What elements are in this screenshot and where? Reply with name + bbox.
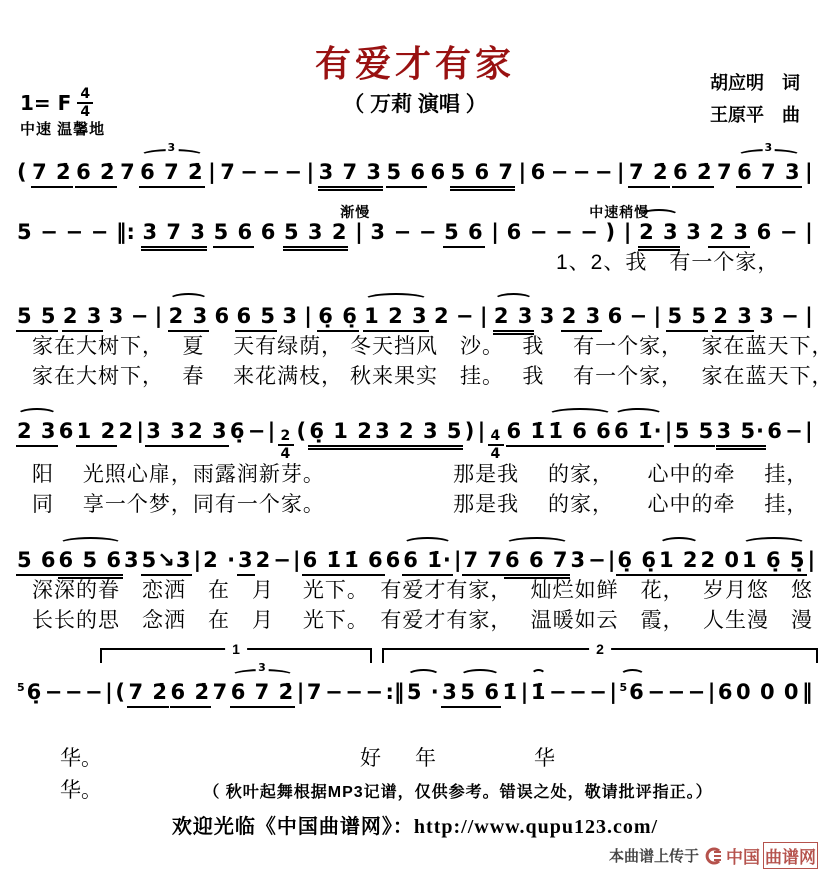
volta-number-2: 2 bbox=[589, 641, 611, 657]
lyrics-row-verse1: 深深的眷 恋洒 在 月 光下。 有爱才有家， 灿烂如鲜 花， 岁月悠 悠 好年 bbox=[16, 576, 814, 606]
triplet-number: 3 bbox=[256, 661, 269, 674]
note-token: 1 2 3 bbox=[363, 304, 428, 332]
note-token: 6 bbox=[756, 220, 774, 244]
time-top: 4 bbox=[77, 86, 93, 104]
lyrics-row-verse1: 阳 光照心扉，雨露润新芽。 那是我 的家， 心中的牵 挂， bbox=[16, 460, 814, 490]
note-token: 7 bbox=[219, 160, 237, 184]
note-token: 1̇ 6 6 bbox=[547, 419, 612, 447]
note-token: 3 bbox=[539, 304, 557, 328]
note-token: 2 3 bbox=[187, 419, 229, 447]
lyricist-credit: 胡应明 词 bbox=[710, 68, 800, 100]
note-token: − bbox=[344, 680, 364, 704]
note-token: 5 6 bbox=[213, 220, 255, 248]
note-token: 6 1̇· bbox=[613, 419, 664, 447]
note-token: 3 5· bbox=[716, 419, 767, 447]
barline: | bbox=[303, 304, 313, 328]
lyrics-row: 1、2、我 有一个家， bbox=[16, 248, 814, 278]
note-token: 3 bbox=[441, 680, 459, 708]
barline: | bbox=[804, 419, 814, 443]
triplet-number: 3 bbox=[763, 141, 776, 154]
note-token: 5 6 bbox=[16, 548, 58, 576]
barline: | bbox=[296, 680, 306, 704]
grace-note: 5 bbox=[620, 681, 629, 694]
barline: | bbox=[477, 419, 487, 443]
song-title: 有爱才有家 bbox=[0, 36, 830, 87]
note-token: 6 2̇ bbox=[75, 160, 117, 188]
performer-subtitle: （ 万莉 演唱 ） bbox=[0, 88, 830, 118]
transcriber-note: （ 秋叶起舞根据MP3记谱，仅供参考。错误之处，敬请批评指正。） bbox=[102, 779, 814, 802]
note-token: 6 bbox=[717, 680, 735, 704]
barline: | bbox=[707, 680, 717, 704]
note-token: 2 3 bbox=[561, 304, 603, 332]
note-token: 3 bbox=[685, 220, 703, 244]
volta-number-1: 1 bbox=[225, 641, 247, 657]
note-token: − bbox=[261, 160, 281, 184]
note-token: 6 bbox=[766, 419, 784, 443]
barline: :‖ bbox=[384, 680, 405, 704]
music-system-2: 渐慢 中速稍慢 5−−−‖:3 7 35 665 3 2|3−−5 6|6−−−… bbox=[0, 202, 830, 278]
note-token: 1̇ bbox=[530, 680, 548, 704]
note-token: − bbox=[247, 419, 267, 443]
barline: | bbox=[154, 304, 164, 328]
note-token: − bbox=[324, 680, 344, 704]
note-token: − bbox=[84, 680, 104, 704]
note-token: 5 6 7 bbox=[450, 160, 515, 188]
qupu-logo-icon bbox=[705, 847, 723, 865]
note-token: 3 7 3 bbox=[318, 160, 383, 188]
barline: | bbox=[664, 419, 674, 443]
barline: | bbox=[453, 548, 463, 572]
barline: | bbox=[804, 160, 814, 184]
note-token: 7 bbox=[119, 160, 137, 184]
note-token: − bbox=[393, 220, 413, 244]
notes-row: (7 2̇6 2̇76 7 2̇3|7−−−|3 7 35 665 6 7|6−… bbox=[16, 142, 814, 188]
barline: | bbox=[479, 304, 489, 328]
barline: | bbox=[520, 680, 530, 704]
note-token: 6 bbox=[214, 304, 232, 328]
logo-text-qupuwang: 曲谱网 bbox=[763, 842, 818, 869]
note-token: − bbox=[64, 220, 84, 244]
note-token: 1̇ 6 bbox=[343, 548, 385, 576]
note-token: 7 bbox=[716, 160, 734, 184]
barline: | bbox=[267, 419, 277, 443]
lyrics-row-verse1: 家在大树下， 夏 天有绿荫， 冬天挡风 沙。 我 有一个家， 家在蓝天下， bbox=[16, 332, 814, 362]
note-token: 5 5 bbox=[674, 419, 716, 447]
note-token: 6̣ 1 2 bbox=[308, 419, 373, 447]
logo-text-zhongguo: 中国 bbox=[726, 843, 760, 868]
barline: | bbox=[607, 548, 617, 572]
note-token: 6 bbox=[430, 160, 448, 184]
note-token: − bbox=[666, 680, 686, 704]
note-token: − bbox=[550, 160, 570, 184]
note-token: 6 bbox=[506, 220, 524, 244]
note-token: 2 3 bbox=[493, 304, 535, 332]
barline: | bbox=[354, 220, 364, 244]
note-token: − bbox=[588, 680, 608, 704]
note-token: 1̇ bbox=[501, 680, 519, 704]
note-token: 6̣ bbox=[229, 419, 247, 443]
barline: | bbox=[623, 220, 633, 244]
note-token: − bbox=[418, 220, 438, 244]
note-token: 6 7 2̇3 bbox=[139, 160, 204, 188]
composer-credit: 王原平 曲 bbox=[710, 100, 800, 132]
sheet-music-page: 有爱才有家 （ 万莉 演唱 ） 胡应明 词 王原平 曲 1= F 4 4 中速 … bbox=[0, 0, 830, 875]
note-token: 3 bbox=[237, 548, 255, 576]
note-token: − bbox=[130, 304, 150, 328]
note-token: − bbox=[568, 680, 588, 704]
note-token: ) bbox=[464, 419, 477, 443]
note-token: 6 1̇ bbox=[506, 419, 548, 447]
note-token: 6 2̇ bbox=[170, 680, 212, 708]
barline: | bbox=[608, 680, 618, 704]
note-token: ( bbox=[16, 160, 29, 184]
note-token: − bbox=[629, 304, 649, 328]
footer-note-row: 华。 （ 秋叶起舞根据MP3记谱，仅供参考。错误之处，敬请批评指正。） bbox=[0, 774, 830, 804]
note-token: 5 bbox=[16, 220, 34, 244]
note-token: 6 bbox=[58, 419, 76, 443]
note-token: 3 7 3 bbox=[141, 220, 206, 248]
note-token: − bbox=[455, 304, 475, 328]
note-token: 5 6 bbox=[443, 220, 485, 248]
barline: | bbox=[652, 304, 662, 328]
lyrics-row-verse2: 同 享一个梦，同有一个家。 那是我 的家， 心中的牵 挂， bbox=[16, 490, 814, 520]
note-token: 2 3 bbox=[708, 220, 750, 248]
note-token: 2 bbox=[255, 548, 273, 572]
note-token: 2 3 bbox=[62, 304, 104, 332]
tempo-marking: 中速 温馨地 bbox=[20, 118, 105, 139]
barline: | bbox=[518, 160, 528, 184]
time-signature: 44 bbox=[487, 419, 506, 460]
volta-bracket-2: 2 bbox=[382, 648, 818, 663]
note-token: 5 · bbox=[406, 680, 441, 704]
note-token: 6 bbox=[530, 160, 548, 184]
note-token: 5 3 2 bbox=[283, 220, 348, 248]
note-token: 6 2̇ bbox=[672, 160, 714, 188]
volta-bracket-1: 1 bbox=[100, 648, 372, 663]
note-token: ) bbox=[605, 220, 618, 244]
lyrics-row-verse2: 长长的思 念洒 在 月 光下。 有爱才有家， 温暖如云 霞， 人生漫 漫 好年 bbox=[16, 606, 814, 636]
note-token: 5↘3 bbox=[141, 548, 193, 576]
music-system-5: 5 66 5 635↘3|2 ·32−|6 1̇1̇ 666 1̇·|7 76 … bbox=[0, 530, 830, 636]
grace-note: 5 bbox=[17, 681, 26, 694]
note-token: 7 2̇ bbox=[628, 160, 670, 188]
key-label: 1= F bbox=[20, 91, 71, 115]
note-token: 6 bbox=[385, 548, 403, 572]
note-token: 5 6 bbox=[459, 680, 501, 708]
note-token: 2 3 bbox=[638, 220, 680, 248]
note-token: 1 2 bbox=[658, 548, 700, 576]
note-token: 3 3 bbox=[145, 419, 187, 447]
barline: | bbox=[807, 548, 817, 572]
note-token: 5 5 bbox=[16, 304, 58, 332]
barline: | bbox=[804, 220, 814, 244]
note-token: ( bbox=[296, 419, 309, 443]
note-token: 2 0 bbox=[700, 548, 742, 576]
note-token: 7 7 bbox=[462, 548, 504, 576]
note-token: 2 bbox=[117, 419, 135, 443]
site-welcome-line[interactable]: 欢迎光临《中国曲谱网》：http://www.qupu123.com/ bbox=[0, 810, 830, 839]
note-token: 6 5 6 bbox=[58, 548, 123, 576]
note-token: 5 6 bbox=[386, 160, 428, 188]
barline: | bbox=[207, 160, 217, 184]
note-token: 6 5 bbox=[235, 304, 277, 332]
note-token: 6 1̇· bbox=[402, 548, 453, 576]
note-token: 1 2 bbox=[76, 419, 118, 447]
barline: | bbox=[135, 419, 145, 443]
note-token: 6 6 7 bbox=[504, 548, 569, 576]
note-token: − bbox=[39, 220, 59, 244]
barline: ‖: bbox=[115, 220, 136, 244]
note-token: − bbox=[554, 220, 574, 244]
barline: | bbox=[305, 160, 315, 184]
credits: 胡应明 词 王原平 曲 bbox=[710, 68, 800, 131]
note-token: − bbox=[587, 548, 607, 572]
tempo-label-jianman: 渐慢 bbox=[340, 202, 370, 222]
note-token: − bbox=[272, 548, 292, 572]
note-token: 2 · bbox=[202, 548, 237, 572]
note-token: 6 7 33 bbox=[736, 160, 801, 188]
note-token: 5 5 bbox=[666, 304, 708, 332]
note-token: 1 6̣ 5̣ bbox=[741, 548, 806, 576]
time-signature: 24 bbox=[277, 419, 296, 460]
note-token: − bbox=[239, 160, 259, 184]
note-token: 3 2 3 5 bbox=[374, 419, 463, 447]
note-token: 3 bbox=[369, 220, 387, 244]
note-token: 3 bbox=[108, 304, 126, 328]
note-token: − bbox=[283, 160, 303, 184]
music-system-4: 2 361 22|3 32 36̣−|24(6̣ 1 23 2 3 5)|446… bbox=[0, 401, 830, 520]
note-token: − bbox=[779, 220, 799, 244]
note-token: 2 3 bbox=[168, 304, 210, 332]
note-token: 56̣ bbox=[16, 680, 43, 704]
note-token: − bbox=[529, 220, 549, 244]
notes-row: 5 52 33−|2 366 53|6̣ 6̣1 2 32−|2 332 36−… bbox=[16, 286, 814, 332]
lyric-hua-verse2: 华。 bbox=[60, 774, 102, 804]
note-token: 6 bbox=[260, 220, 278, 244]
note-token: ( bbox=[114, 680, 127, 704]
note-token: − bbox=[572, 160, 592, 184]
header: 有爱才有家 （ 万莉 演唱 ） 胡应明 词 王原平 曲 1= F 4 4 中速 … bbox=[0, 0, 830, 142]
note-token: − bbox=[364, 680, 384, 704]
note-token: 3 bbox=[758, 304, 776, 328]
note-token: 3 bbox=[123, 548, 141, 572]
lyric-nian: 年 bbox=[415, 742, 436, 772]
note-token: 7 bbox=[212, 680, 230, 704]
note-token: 56 bbox=[619, 680, 646, 704]
key-signature: 1= F 4 4 bbox=[20, 86, 93, 120]
note-token: 6 1̇ bbox=[302, 548, 344, 576]
note-token: 7 bbox=[306, 680, 324, 704]
barline: | bbox=[292, 548, 302, 572]
triplet-number: 3 bbox=[166, 141, 179, 154]
music-system-6: 1 2 56̣−−−|(7 2̇6 2̇76 7 2̇3|7−−−:‖5 ·35… bbox=[0, 646, 830, 742]
note-token: − bbox=[646, 680, 666, 704]
note-token: − bbox=[548, 680, 568, 704]
barline: | bbox=[192, 548, 202, 572]
lyric-hua: 华。 bbox=[60, 742, 102, 772]
note-token: − bbox=[44, 680, 64, 704]
note-token: − bbox=[780, 304, 800, 328]
barline: | bbox=[616, 160, 626, 184]
note-token: − bbox=[90, 220, 110, 244]
notes-row: 5 66 5 635↘3|2 ·32−|6 1̇1̇ 666 1̇·|7 76 … bbox=[16, 530, 814, 576]
note-token: 6 7 2̇3 bbox=[230, 680, 295, 708]
note-token: 2 3 bbox=[712, 304, 754, 332]
music-system-3: 5 52 33−|2 366 53|6̣ 6̣1 2 32−|2 332 36−… bbox=[0, 286, 830, 392]
note-token: 3 bbox=[570, 548, 588, 572]
lyric-hao: 好 bbox=[360, 742, 381, 772]
lyrics-row-verse2: 家在大树下， 春 来花满枝， 秋来果实 挂。 我 有一个家， 家在蓝天下， bbox=[16, 362, 814, 392]
uploader-label: 本曲谱上传于 bbox=[609, 845, 699, 866]
lyrics-row-ending: 华。 好 年 华 bbox=[0, 742, 830, 772]
barline: | bbox=[104, 680, 114, 704]
note-token: 7 2̇ bbox=[127, 680, 169, 708]
note-token: − bbox=[64, 680, 84, 704]
note-token: − bbox=[687, 680, 707, 704]
note-token: 2 bbox=[433, 304, 451, 328]
notes-row: 2 361 22|3 32 36̣−|24(6̣ 1 23 2 3 5)|446… bbox=[16, 401, 814, 460]
barline: | bbox=[804, 304, 814, 328]
note-token: − bbox=[579, 220, 599, 244]
note-token: 7 2̇ bbox=[31, 160, 73, 188]
note-token: − bbox=[784, 419, 804, 443]
lyric-hua2: 华 bbox=[534, 742, 555, 772]
notes-row: 5−−−‖:3 7 35 665 3 2|3−−5 6|6−−−)|2 332 … bbox=[16, 202, 814, 248]
qupu-site-logo[interactable]: 中国 曲谱网 bbox=[705, 842, 818, 869]
note-token: 6̣ 6̣ bbox=[317, 304, 359, 332]
note-token: 3 bbox=[281, 304, 299, 328]
note-token: 0 0 0 bbox=[735, 680, 800, 704]
note-token: 6̣ 6̣ bbox=[616, 548, 658, 576]
time-signature: 4 4 bbox=[77, 86, 93, 120]
barline: | bbox=[490, 220, 500, 244]
note-token: 6 bbox=[607, 304, 625, 328]
uploader-bar: 本曲谱上传于 中国 曲谱网 bbox=[609, 842, 818, 869]
barline: ‖ bbox=[801, 680, 814, 704]
note-token: 2 3 bbox=[16, 419, 58, 447]
music-system-1: (7 2̇6 2̇76 7 2̇3|7−−−|3 7 35 665 6 7|6−… bbox=[0, 142, 830, 188]
note-token: − bbox=[594, 160, 614, 184]
